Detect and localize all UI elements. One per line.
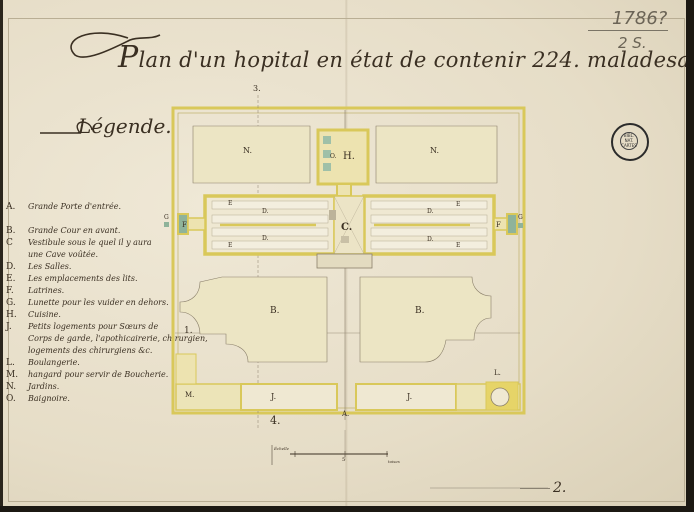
label-ward-ne: D.: [427, 208, 434, 215]
label-court-left: B.: [270, 306, 279, 316]
drawing-sheet: Plan d'un hopital en état de contenir 22…: [0, 0, 694, 512]
scale-label-mid: 5: [342, 457, 345, 463]
label-garden-left: N.: [243, 146, 252, 155]
label-bath: O.: [330, 153, 336, 160]
label-beds-se: E: [456, 242, 460, 249]
label-ward-sw: D.: [262, 235, 269, 242]
label-kitchen: H.: [343, 151, 355, 162]
label-beds-ne: E: [456, 201, 460, 208]
label-latrine-right: F: [496, 221, 501, 229]
scan-edge-right: [686, 0, 694, 512]
label-beds-sw: E: [228, 242, 232, 249]
label-ward-nw: D.: [262, 208, 269, 215]
label-beds-nw: E: [228, 200, 232, 207]
label-court-right: B.: [415, 306, 424, 316]
label-lodging-left: J.: [271, 392, 276, 401]
label-ward-se: D.: [427, 236, 434, 243]
label-hangar: M.: [185, 391, 194, 399]
label-section-1: 1.: [184, 326, 193, 336]
scale-label-right: toises: [388, 459, 400, 464]
scan-edge-bottom: [0, 506, 694, 512]
hospital-floor-plan: [0, 0, 694, 512]
label-section-4: 4.: [270, 414, 281, 427]
scan-edge-left: [0, 0, 3, 512]
label-vestibule: C.: [341, 222, 352, 233]
label-lodging-right: J.: [407, 392, 412, 401]
label-lunette-left: G: [164, 214, 169, 221]
label-gate: A.: [342, 410, 349, 418]
label-north-marker: 3.: [253, 84, 261, 93]
label-latrine-left: F: [182, 221, 187, 229]
label-bakery: L.: [494, 369, 501, 377]
label-lunette-right: G: [518, 214, 523, 221]
scale-label-left: Échelle: [274, 446, 289, 451]
label-garden-right: N.: [430, 146, 439, 155]
